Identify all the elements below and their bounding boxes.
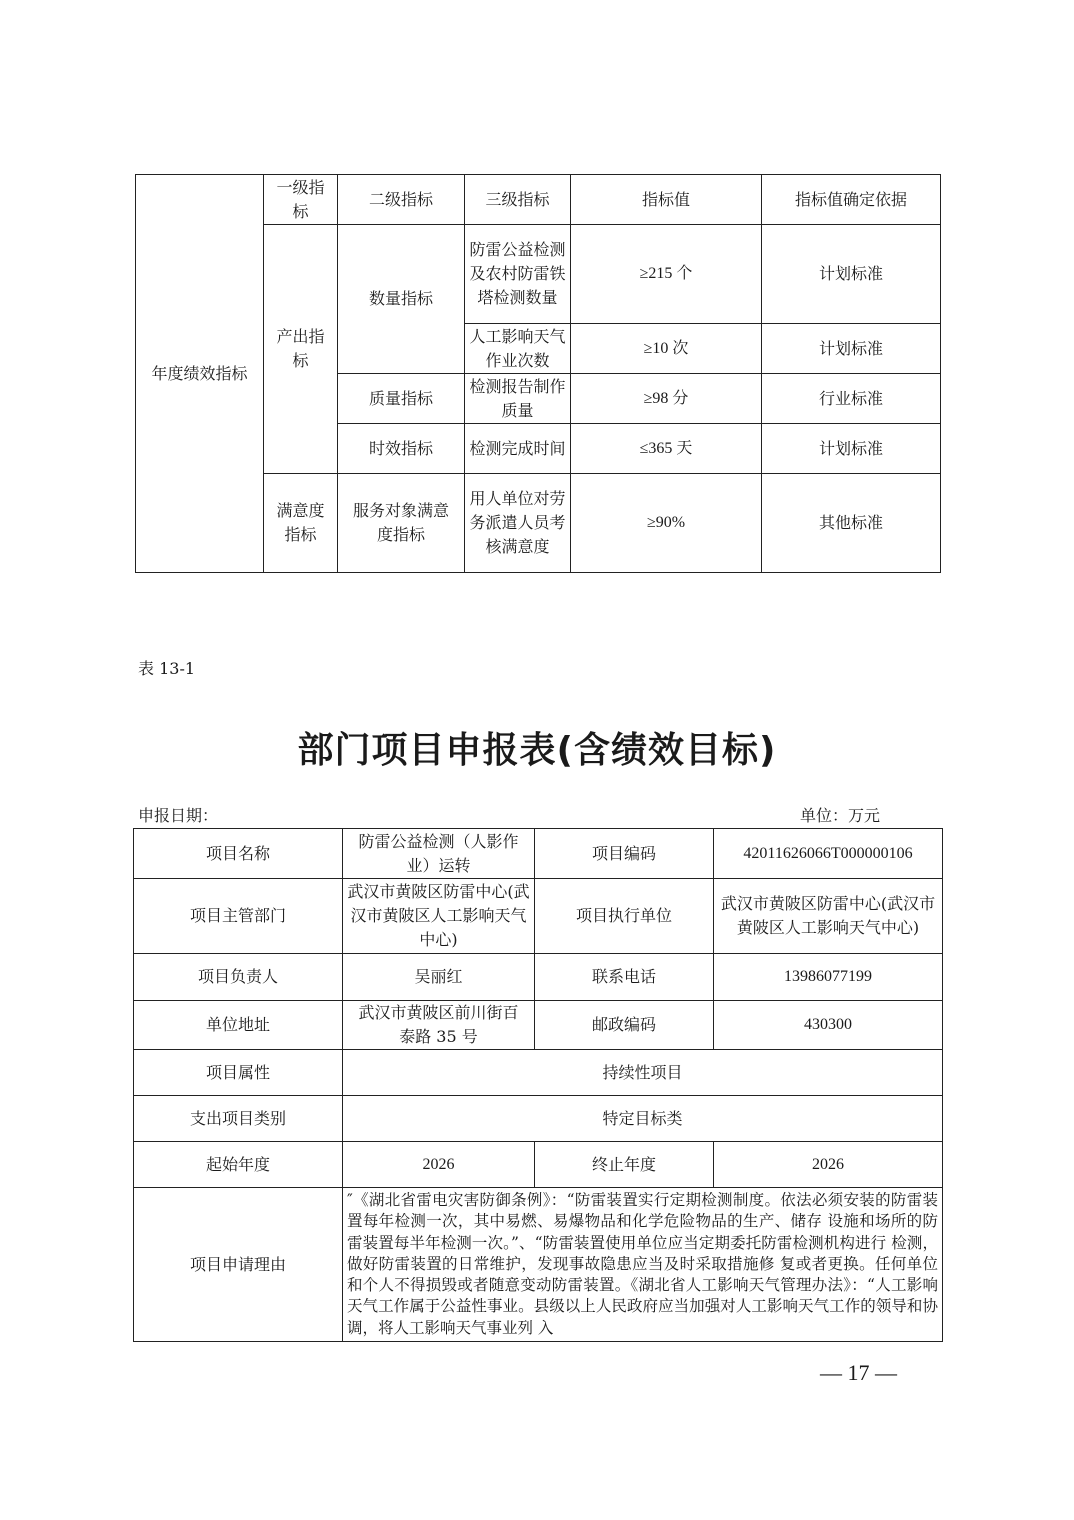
- level3-cell: 检测完成时间: [465, 424, 571, 474]
- level2-cell: 质量指标: [338, 374, 465, 424]
- executor-label: 项目执行单位: [535, 879, 714, 954]
- supervisor-label: 项目主管部门: [134, 879, 343, 954]
- reason-value: ″《湖北省雷电灾害防御条例》：“防雷装置实行定期检测制度。依法必须安装的防雷装置…: [343, 1188, 943, 1342]
- phone-value: 13986077199: [714, 954, 943, 1001]
- page-number: — 17 —: [820, 1360, 897, 1386]
- table-row: 单位地址 武汉市黄陂区前川街百泰路 35 号 邮政编码 430300: [134, 1001, 943, 1050]
- end-year-value: 2026: [714, 1142, 943, 1188]
- level1-output: 产出指标: [264, 225, 338, 474]
- start-year-value: 2026: [343, 1142, 535, 1188]
- project-name-label: 项目名称: [134, 829, 343, 879]
- postcode-label: 邮政编码: [535, 1001, 714, 1050]
- value-cell: ≤365 天: [571, 424, 762, 474]
- value-cell: ≥215 个: [571, 225, 762, 324]
- table-row: 起始年度 2026 终止年度 2026: [134, 1142, 943, 1188]
- executor-value: 武汉市黄陂区防雷中心(武汉市黄陂区人工影响天气中心): [714, 879, 943, 954]
- performance-indicator-table: 年度绩效指标 一级指标 二级指标 三级指标 指标值 指标值确定依据 产出指标 数…: [135, 174, 941, 573]
- table-row: 项目主管部门 武汉市黄陂区防雷中心(武汉市黄陂区人工影响天气中心) 项目执行单位…: [134, 879, 943, 954]
- postcode-value: 430300: [714, 1001, 943, 1050]
- leader-label: 项目负责人: [134, 954, 343, 1001]
- project-code-label: 项目编码: [535, 829, 714, 879]
- unit-label: 单位：万元: [800, 803, 880, 826]
- table-row: 项目申请理由 ″《湖北省雷电灾害防御条例》：“防雷装置实行定期检测制度。依法必须…: [134, 1188, 943, 1342]
- table-row: 项目名称 防雷公益检测（人影作业）运转 项目编码 42011626066T000…: [134, 829, 943, 879]
- table-row: 支出项目类别 特定目标类: [134, 1096, 943, 1142]
- start-year-label: 起始年度: [134, 1142, 343, 1188]
- attribute-label: 项目属性: [134, 1050, 343, 1096]
- header-level1: 一级指标: [264, 175, 338, 225]
- address-value: 武汉市黄陂区前川街百泰路 35 号: [343, 1001, 535, 1050]
- report-date-label: 申报日期：: [138, 803, 218, 826]
- basis-cell: 行业标准: [762, 374, 941, 424]
- header-basis: 指标值确定依据: [762, 175, 941, 225]
- end-year-label: 终止年度: [535, 1142, 714, 1188]
- annual-performance-label: 年度绩效指标: [136, 175, 264, 573]
- project-name-value: 防雷公益检测（人影作业）运转: [343, 829, 535, 879]
- address-label: 单位地址: [134, 1001, 343, 1050]
- level2-cell: 时效指标: [338, 424, 465, 474]
- leader-value: 吴丽红: [343, 954, 535, 1001]
- basis-cell: 其他标准: [762, 474, 941, 573]
- value-cell: ≥90%: [571, 474, 762, 573]
- supervisor-value: 武汉市黄陂区防雷中心(武汉市黄陂区人工影响天气中心): [343, 879, 535, 954]
- phone-label: 联系电话: [535, 954, 714, 1001]
- table-row: 项目属性 持续性项目: [134, 1050, 943, 1096]
- value-cell: ≥10 次: [571, 324, 762, 374]
- basis-cell: 计划标准: [762, 225, 941, 324]
- header-level2: 二级指标: [338, 175, 465, 225]
- category-value: 特定目标类: [343, 1096, 943, 1142]
- level3-cell: 用人单位对劳务派遣人员考核满意度: [465, 474, 571, 573]
- reason-label: 项目申请理由: [134, 1188, 343, 1342]
- attribute-value: 持续性项目: [343, 1050, 943, 1096]
- project-code-value: 42011626066T000000106: [714, 829, 943, 879]
- table-row: 项目负责人 吴丽红 联系电话 13986077199: [134, 954, 943, 1001]
- page-title: 部门项目申报表(含绩效目标): [0, 722, 1074, 773]
- project-application-table: 项目名称 防雷公益检测（人影作业）运转 项目编码 42011626066T000…: [133, 828, 943, 1342]
- level3-cell: 检测报告制作质量: [465, 374, 571, 424]
- level1-satisfaction: 满意度指标: [264, 474, 338, 573]
- level3-cell: 防雷公益检测及农村防雷铁塔检测数量: [465, 225, 571, 324]
- category-label: 支出项目类别: [134, 1096, 343, 1142]
- header-level3: 三级指标: [465, 175, 571, 225]
- table-number-label: 表 13-1: [138, 656, 195, 679]
- level3-cell: 人工影响天气作业次数: [465, 324, 571, 374]
- level2-cell: 数量指标: [338, 225, 465, 374]
- level2-cell: 服务对象满意度指标: [338, 474, 465, 573]
- header-value: 指标值: [571, 175, 762, 225]
- value-cell: ≥98 分: [571, 374, 762, 424]
- basis-cell: 计划标准: [762, 424, 941, 474]
- basis-cell: 计划标准: [762, 324, 941, 374]
